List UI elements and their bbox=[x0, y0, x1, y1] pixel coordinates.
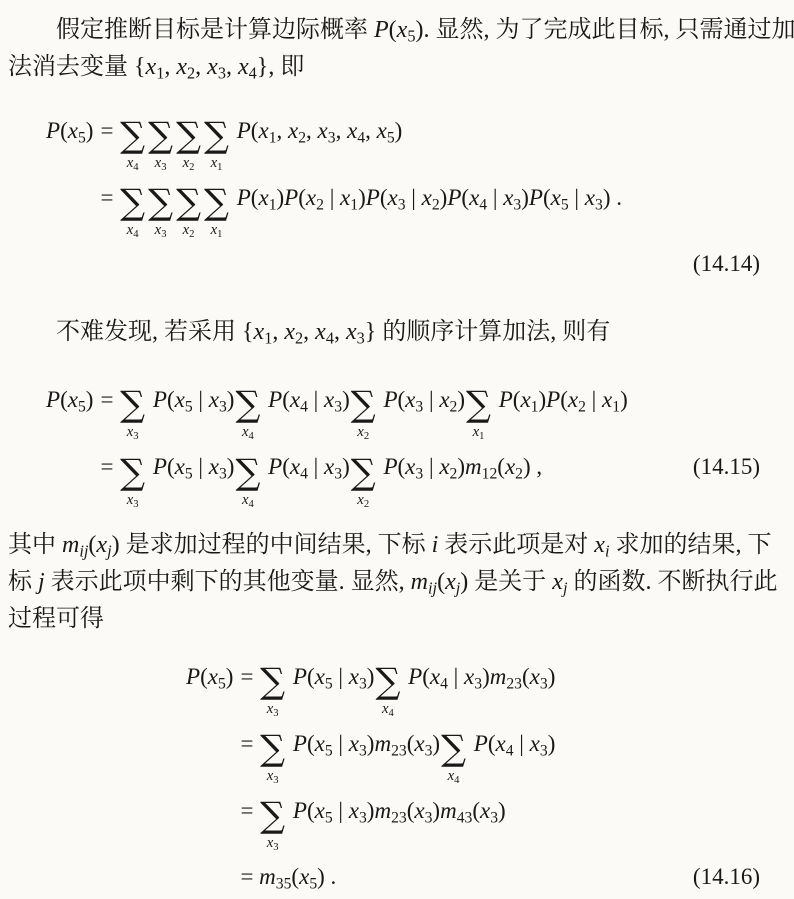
inline-math: P(x5) bbox=[374, 17, 423, 43]
text-run: 的函数. 不断执行此 bbox=[568, 569, 778, 595]
text-run: 的顺序计算加法, 则有 bbox=[376, 319, 610, 345]
sigma-icon: ∑ bbox=[176, 186, 201, 221]
sigma-icon: ∑ bbox=[351, 388, 376, 423]
sigma-icon: ∑ bbox=[120, 456, 145, 491]
math-variable: x bbox=[397, 17, 408, 43]
sum-index: x4 bbox=[382, 701, 394, 717]
math-variable: x bbox=[439, 454, 449, 479]
subscript: 43 bbox=[457, 809, 473, 826]
subscript: 35 bbox=[276, 875, 292, 892]
subscript: 3 bbox=[161, 229, 166, 240]
subscript: 3 bbox=[273, 708, 278, 719]
math-variable: P bbox=[293, 798, 307, 823]
math-variable: x bbox=[290, 387, 300, 412]
subscript: 3 bbox=[218, 64, 226, 83]
subscript: 4 bbox=[506, 742, 514, 759]
equation-number: (14.14) bbox=[693, 244, 760, 284]
math-variable: P bbox=[46, 387, 60, 412]
equation-lhs: P(x5) bbox=[46, 111, 93, 151]
math-variable: m bbox=[465, 454, 482, 479]
math-variable: P bbox=[366, 185, 380, 210]
subscript: 4 bbox=[249, 431, 254, 442]
math-variable: j bbox=[38, 569, 45, 595]
sigma-icon: ∑ bbox=[441, 732, 466, 767]
math-variable: x bbox=[207, 54, 218, 80]
text-line: 标 j 表示此项中剩下的其他变量. 显然, mij(xj) 是关于 xj 的函数… bbox=[8, 564, 786, 601]
equation-number: (14.16) bbox=[693, 857, 760, 897]
subscript: 5 bbox=[185, 466, 193, 483]
sum-operator: ∑x1 bbox=[204, 119, 229, 171]
math-variable: x bbox=[405, 454, 415, 479]
subscript: 2 bbox=[432, 197, 440, 214]
subscript: 3 bbox=[133, 499, 138, 510]
math-variable: x bbox=[602, 387, 612, 412]
math-variable: x bbox=[299, 864, 309, 889]
sigma-icon: ∑ bbox=[375, 665, 400, 700]
sigma-icon: ∑ bbox=[120, 388, 145, 423]
sum-operator: ∑x2 bbox=[351, 388, 376, 440]
sigma-icon: ∑ bbox=[148, 119, 173, 154]
sigma-icon: ∑ bbox=[204, 186, 229, 221]
subscript: 1 bbox=[269, 129, 277, 146]
subscript: 3 bbox=[273, 842, 278, 853]
subscript: 1 bbox=[350, 197, 358, 214]
math-variable: x bbox=[254, 319, 265, 345]
brace: { bbox=[242, 319, 254, 345]
sigma-icon: ∑ bbox=[148, 186, 173, 221]
subscript: 5 bbox=[387, 129, 395, 146]
subscript: 1 bbox=[217, 229, 222, 240]
math-variable: x bbox=[258, 185, 268, 210]
sum-operator: ∑x4 bbox=[120, 119, 145, 171]
math-variable: P bbox=[268, 454, 282, 479]
subscript: 4 bbox=[249, 64, 257, 83]
subscript: 1 bbox=[479, 431, 484, 442]
subscript: 3 bbox=[161, 162, 166, 173]
math-variable: x bbox=[430, 664, 440, 689]
math-variable: x bbox=[530, 664, 540, 689]
equation-rhs: = ∑x4∑x3∑x2∑x1 P(x1, x2, x3, x4, x5) bbox=[93, 110, 692, 162]
math-variable: x bbox=[445, 569, 456, 595]
math-variable: x bbox=[68, 387, 78, 412]
subscript: ij bbox=[428, 578, 437, 597]
sum-operator: ∑x3 bbox=[260, 665, 285, 717]
subscript: 5 bbox=[78, 399, 86, 416]
math-variable: x bbox=[290, 454, 300, 479]
text-run: 假定推断目标是计算边际概率 bbox=[56, 17, 374, 43]
text-run: 法消去变量 bbox=[8, 54, 134, 80]
math-variable: P bbox=[529, 185, 543, 210]
subscript: 5 bbox=[325, 809, 333, 826]
equation-rhs: = ∑x3 P(x5 | x3)∑x4 P(x4 | x3)m23(x3) bbox=[233, 656, 692, 708]
math-variable: m bbox=[374, 731, 391, 756]
math-variable: P bbox=[153, 454, 167, 479]
subscript: 3 bbox=[219, 399, 227, 416]
sum-operator: ∑x2 bbox=[176, 186, 201, 238]
sum-index: x1 bbox=[473, 424, 485, 440]
subscript: 5 bbox=[325, 742, 333, 759]
subscript: 23 bbox=[391, 742, 407, 759]
sum-index: x3 bbox=[127, 424, 139, 440]
subscript: 4 bbox=[300, 399, 308, 416]
sigma-icon: ∑ bbox=[351, 456, 376, 491]
sum-index: x2 bbox=[357, 492, 369, 508]
text-run: 不难发现, 若采用 bbox=[56, 319, 242, 345]
text-line: 其中 mij(xj) 是求加过程的中间结果, 下标 i 表示此项是对 xi 求加… bbox=[8, 527, 786, 564]
sum-operator: ∑x2 bbox=[176, 119, 201, 171]
equation-rhs: = ∑x3 P(x5 | x3)∑x4 P(x4 | x3)∑x2 P(x3 |… bbox=[93, 379, 692, 431]
math-variable: x bbox=[340, 185, 350, 210]
subscript: 5 bbox=[325, 675, 333, 692]
math-variable: x bbox=[284, 319, 295, 345]
math-variable: x bbox=[315, 731, 325, 756]
sum-operator: ∑x3 bbox=[148, 186, 173, 238]
text-run: 表示此项是对 bbox=[438, 532, 594, 558]
text-run: 表示此项中剩下的其他变量. 显然, bbox=[45, 569, 411, 595]
subscript: 4 bbox=[300, 466, 308, 483]
math-variable: x bbox=[552, 569, 563, 595]
subscript: 23 bbox=[506, 675, 522, 692]
math-variable: P bbox=[268, 387, 282, 412]
inline-math: {x1, x2, x4, x3} bbox=[242, 319, 376, 345]
subscript: 5 bbox=[185, 399, 193, 416]
math-variable: x bbox=[315, 319, 326, 345]
sum-index: x4 bbox=[242, 492, 254, 508]
math-variable: m bbox=[374, 798, 391, 823]
subscript: 3 bbox=[359, 809, 367, 826]
sum-operator: ∑x3 bbox=[120, 388, 145, 440]
subscript: 3 bbox=[133, 431, 138, 442]
text-run: 其中 bbox=[8, 532, 62, 558]
math-variable: x bbox=[520, 387, 530, 412]
math-variable: x bbox=[551, 185, 561, 210]
inline-math: xi bbox=[594, 532, 609, 558]
subscript: 1 bbox=[612, 399, 620, 416]
brace: } bbox=[257, 54, 269, 80]
math-variable: P bbox=[293, 731, 307, 756]
text-run: 求加的结果, 下 bbox=[610, 532, 772, 558]
math-variable: x bbox=[306, 185, 316, 210]
equation-rhs: = m35(x5) . bbox=[233, 857, 692, 897]
math-variable: ij bbox=[428, 578, 437, 597]
equation-lhs: P(x5) bbox=[186, 657, 233, 697]
math-variable: x bbox=[175, 454, 185, 479]
subscript: 4 bbox=[326, 329, 334, 348]
subscript: 4 bbox=[440, 675, 448, 692]
text-run: 是关于 bbox=[468, 569, 552, 595]
math-variable: x bbox=[405, 387, 415, 412]
sigma-icon: ∑ bbox=[260, 732, 285, 767]
equation-number: (14.15) bbox=[693, 447, 760, 487]
math-variable: x bbox=[505, 454, 515, 479]
math-variable: P bbox=[383, 387, 397, 412]
paragraph-elimination-order: 不难发现, 若采用 {x1, x2, x4, x3} 的顺序计算加法, 则有 bbox=[8, 314, 786, 351]
text-line: 不难发现, 若采用 {x1, x2, x4, x3} 的顺序计算加法, 则有 bbox=[8, 314, 786, 351]
text-run: 过程可得 bbox=[8, 606, 104, 632]
paragraph-mij-explanation: 其中 mij(xj) 是求加过程的中间结果, 下标 i 表示此项是对 xi 求加… bbox=[8, 527, 786, 638]
math-variable: P bbox=[447, 185, 461, 210]
subscript: 3 bbox=[398, 197, 406, 214]
math-variable: x bbox=[324, 454, 334, 479]
math-variable: P bbox=[153, 387, 167, 412]
subscript: 4 bbox=[389, 708, 394, 719]
math-variable: P bbox=[186, 664, 200, 689]
sigma-icon: ∑ bbox=[176, 119, 201, 154]
subscript: 3 bbox=[328, 129, 336, 146]
math-variable: x bbox=[503, 185, 513, 210]
textbook-page: 假定推断目标是计算边际概率 P(x5). 显然, 为了完成此目标, 只需通过加法… bbox=[0, 0, 794, 897]
math-variable: x bbox=[318, 118, 328, 143]
subscript: 2 bbox=[316, 197, 324, 214]
subscript: 3 bbox=[540, 675, 548, 692]
equation-14-16: P(x5)= ∑x3 P(x5 | x3)∑x4 P(x4 | x3)m23(x… bbox=[8, 656, 786, 897]
subscript: 2 bbox=[295, 329, 303, 348]
sum-index: x2 bbox=[183, 222, 195, 238]
subscript: 3 bbox=[357, 329, 365, 348]
sigma-icon: ∑ bbox=[260, 665, 285, 700]
math-variable: x bbox=[480, 798, 490, 823]
subscript: 4 bbox=[454, 775, 459, 786]
math-variable: x bbox=[175, 387, 185, 412]
text-line: 假定推断目标是计算边际概率 P(x5). 显然, 为了完成此目标, 只需通过加 bbox=[8, 12, 786, 49]
math-variable: m bbox=[259, 864, 276, 889]
math-variable: P bbox=[237, 118, 251, 143]
math-variable: P bbox=[499, 387, 513, 412]
subscript: 5 bbox=[561, 197, 569, 214]
math-variable: P bbox=[474, 731, 488, 756]
subscript: 5 bbox=[218, 675, 226, 692]
equation-rhs: = ∑x4∑x3∑x2∑x1 P(x1)P(x2 | x1)P(x3 | x2)… bbox=[93, 177, 692, 229]
subscript: 2 bbox=[364, 431, 369, 442]
text-run: . 显然, 为了完成此目标, 只需通过加 bbox=[423, 17, 794, 43]
math-variable: x bbox=[209, 387, 219, 412]
sigma-icon: ∑ bbox=[120, 186, 145, 221]
math-variable: x bbox=[414, 731, 424, 756]
sum-index: x4 bbox=[242, 424, 254, 440]
subscript: 4 bbox=[249, 499, 254, 510]
subscript: 4 bbox=[133, 229, 138, 240]
math-variable: P bbox=[46, 118, 60, 143]
sigma-icon: ∑ bbox=[235, 388, 260, 423]
text-line: 法消去变量 {x1, x2, x3, x4}, 即 bbox=[8, 49, 786, 86]
sigma-icon: ∑ bbox=[466, 388, 491, 423]
subscript: 2 bbox=[515, 466, 523, 483]
subscript: 2 bbox=[298, 129, 306, 146]
math-variable: m bbox=[490, 664, 507, 689]
math-variable: x bbox=[315, 798, 325, 823]
sum-operator: ∑x1 bbox=[204, 186, 229, 238]
subscript: 4 bbox=[357, 129, 365, 146]
subscript: 3 bbox=[219, 466, 227, 483]
equation-rhs: = ∑x3 P(x5 | x3)m23(x3)m43(x3) bbox=[233, 790, 692, 842]
math-variable: x bbox=[146, 54, 157, 80]
subscript: 5 bbox=[78, 129, 86, 146]
math-variable: x bbox=[208, 664, 218, 689]
sigma-icon: ∑ bbox=[120, 119, 145, 154]
math-variable: P bbox=[284, 185, 298, 210]
math-variable: P bbox=[546, 387, 560, 412]
math-variable: x bbox=[347, 118, 357, 143]
math-variable: x bbox=[238, 54, 249, 80]
text-run: 标 bbox=[8, 569, 38, 595]
sum-operator: ∑x1 bbox=[466, 388, 491, 440]
sum-index: x1 bbox=[211, 155, 223, 171]
sum-operator: ∑x3 bbox=[260, 799, 285, 851]
subscript: 3 bbox=[474, 675, 482, 692]
math-variable: P bbox=[293, 664, 307, 689]
sum-index: x3 bbox=[267, 768, 279, 784]
equation-lhs: P(x5) bbox=[46, 380, 93, 420]
inline-math: xj bbox=[552, 569, 567, 595]
subscript: 2 bbox=[364, 499, 369, 510]
sigma-icon: ∑ bbox=[235, 456, 260, 491]
sum-index: x3 bbox=[155, 222, 167, 238]
math-variable: x bbox=[422, 185, 432, 210]
sum-index: x3 bbox=[155, 155, 167, 171]
text-run: 是求加过程的中间结果, 下标 bbox=[120, 532, 432, 558]
sum-operator: ∑x4 bbox=[120, 186, 145, 238]
math-variable: x bbox=[349, 798, 359, 823]
subscript: 3 bbox=[359, 675, 367, 692]
math-variable: x bbox=[176, 54, 187, 80]
sum-operator: ∑x3 bbox=[148, 119, 173, 171]
subscript: 2 bbox=[189, 229, 194, 240]
math-variable: x bbox=[568, 387, 578, 412]
sum-operator: ∑x4 bbox=[375, 665, 400, 717]
sum-operator: ∑x4 bbox=[235, 388, 260, 440]
math-variable: x bbox=[464, 664, 474, 689]
math-variable: x bbox=[530, 731, 540, 756]
math-variable: x bbox=[585, 185, 595, 210]
math-variable: x bbox=[349, 731, 359, 756]
math-variable: x bbox=[209, 454, 219, 479]
equation-rhs: = ∑x3 P(x5 | x3)m23(x3)∑x4 P(x4 | x3) bbox=[233, 723, 692, 775]
equation-14-14: P(x5)= ∑x4∑x3∑x2∑x1 P(x1, x2, x3, x4, x5… bbox=[8, 110, 786, 284]
inline-math: {x1, x2, x3, x4} bbox=[134, 54, 268, 80]
subscript: 5 bbox=[309, 875, 317, 892]
math-variable: m bbox=[440, 798, 457, 823]
subscript: 3 bbox=[334, 399, 342, 416]
sum-index: x4 bbox=[448, 768, 460, 784]
math-variable: x bbox=[496, 731, 506, 756]
math-variable: x bbox=[315, 664, 325, 689]
sum-index: x4 bbox=[127, 222, 139, 238]
inline-math: mij(xj) bbox=[411, 569, 469, 595]
math-variable: x bbox=[349, 664, 359, 689]
subscript: 1 bbox=[217, 162, 222, 173]
sum-operator: ∑x2 bbox=[351, 456, 376, 508]
math-variable: P bbox=[408, 664, 422, 689]
subscript: 3 bbox=[334, 466, 342, 483]
sum-operator: ∑x4 bbox=[235, 456, 260, 508]
math-variable: x bbox=[377, 118, 387, 143]
text-run: , 即 bbox=[268, 54, 304, 80]
sum-operator: ∑x4 bbox=[441, 732, 466, 784]
text-line: 过程可得 bbox=[8, 601, 786, 638]
brace: { bbox=[134, 54, 146, 80]
subscript: 12 bbox=[482, 466, 498, 483]
subscript: 2 bbox=[189, 162, 194, 173]
subscript: 3 bbox=[490, 809, 498, 826]
subscript: 2 bbox=[187, 64, 195, 83]
subscript: 3 bbox=[595, 197, 603, 214]
math-variable: x bbox=[594, 532, 605, 558]
subscript: 2 bbox=[578, 399, 586, 416]
subscript: 3 bbox=[359, 742, 367, 759]
paragraph-inference-goal: 假定推断目标是计算边际概率 P(x5). 显然, 为了完成此目标, 只需通过加法… bbox=[8, 12, 786, 86]
subscript: 1 bbox=[269, 197, 277, 214]
subscript: 3 bbox=[273, 775, 278, 786]
math-variable: x bbox=[439, 387, 449, 412]
sum-operator: ∑x3 bbox=[120, 456, 145, 508]
math-variable: P bbox=[237, 185, 251, 210]
sigma-icon: ∑ bbox=[204, 119, 229, 154]
math-variable: x bbox=[387, 185, 397, 210]
subscript: 4 bbox=[479, 197, 487, 214]
math-variable: P bbox=[374, 17, 389, 43]
sum-index: x3 bbox=[267, 835, 279, 851]
inline-math: j bbox=[38, 569, 45, 595]
math-variable: x bbox=[96, 532, 107, 558]
sum-index: x4 bbox=[127, 155, 139, 171]
equation-rhs: = ∑x3 P(x5 | x3)∑x4 P(x4 | x3)∑x2 P(x3 |… bbox=[93, 446, 692, 498]
sum-index: x2 bbox=[183, 155, 195, 171]
math-variable: x bbox=[258, 118, 268, 143]
sum-index: x2 bbox=[357, 424, 369, 440]
math-variable: x bbox=[414, 798, 424, 823]
math-variable: x bbox=[288, 118, 298, 143]
subscript: 4 bbox=[133, 162, 138, 173]
sum-index: x1 bbox=[211, 222, 223, 238]
math-variable: x bbox=[324, 387, 334, 412]
sum-index: x3 bbox=[127, 492, 139, 508]
equation-14-15: P(x5)= ∑x3 P(x5 | x3)∑x4 P(x4 | x3)∑x2 P… bbox=[8, 379, 786, 498]
math-variable: x bbox=[68, 118, 78, 143]
sum-index: x3 bbox=[267, 701, 279, 717]
math-variable: x bbox=[469, 185, 479, 210]
subscript: 23 bbox=[391, 809, 407, 826]
math-variable: x bbox=[346, 319, 357, 345]
subscript: 3 bbox=[540, 742, 548, 759]
inline-math: mij(xj) bbox=[62, 532, 120, 558]
sum-operator: ∑x3 bbox=[260, 732, 285, 784]
brace: } bbox=[365, 319, 377, 345]
math-variable: m bbox=[411, 569, 428, 595]
math-variable: m bbox=[62, 532, 79, 558]
sigma-icon: ∑ bbox=[260, 799, 285, 834]
math-variable: P bbox=[383, 454, 397, 479]
